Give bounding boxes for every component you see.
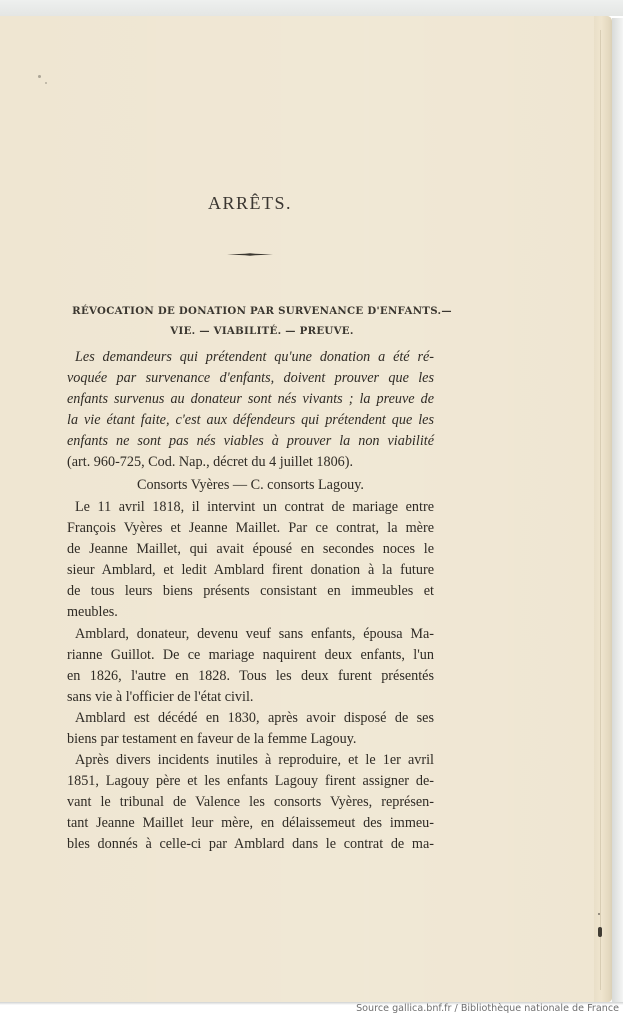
body-line: 1851, Lagouy père et les enfants Lagouy … (67, 771, 434, 791)
case-parties: Consorts Vyères — C. consorts Lagouy. (67, 475, 434, 495)
ornament-rule-icon (227, 253, 273, 256)
body-line: vant le tribunal de Valence les consorts… (67, 792, 434, 812)
page-title: ARRÊTS. (150, 193, 350, 214)
body-line: bles donnés à celle-ci par Amblard dans … (67, 834, 434, 854)
dust-speck (45, 82, 47, 84)
body-line: de tous leurs biens présents consistant … (67, 581, 434, 601)
dust-speck (598, 927, 602, 937)
page-edge-line (600, 30, 601, 990)
body-line: sans vie à l'officier de l'état civil. (67, 687, 434, 707)
summary-line: la vie étant faite, c'est aux défendeurs… (67, 410, 434, 430)
dust-speck (38, 75, 41, 78)
body-line: en 1826, l'autre en 1828. Tous les deux … (67, 666, 434, 686)
dust-speck (598, 913, 600, 915)
body-line: tant Jeanne Maillet leur mère, en délais… (67, 813, 434, 833)
summary-line: voquée par survenance d'enfants, doivent… (67, 368, 434, 388)
body-line: Amblard est décédé en 1830, après avoir … (75, 708, 434, 728)
body-line: rianne Guillot. De ce mariage naquirent … (67, 645, 434, 665)
page-stack-edge (594, 16, 612, 1002)
body-line: François Vyères et Jeanne Maillet. Par c… (67, 518, 434, 538)
legal-citation: (art. 960-725, Cod. Nap., décret du 4 ju… (67, 452, 434, 472)
body-line: sieur Amblard, et ledit Amblard firent d… (67, 560, 434, 580)
body-line: Amblard, donateur, devenu veuf sans enfa… (75, 624, 434, 644)
scan-top-margin (0, 0, 623, 16)
body-line: meubles. (67, 602, 434, 622)
body-line: Le 11 avril 1818, il intervint un contra… (75, 497, 434, 517)
summary-line: Les demandeurs qui prétendent qu'une don… (75, 347, 434, 367)
source-attribution: Source gallica.bnf.fr / Bibliothèque nat… (356, 1003, 619, 1014)
section-heading-line-2: VIE. — VIABILITÉ. — PREUVE. (62, 325, 462, 337)
summary-line: enfants ne sont pas nés viables à prouve… (67, 431, 434, 451)
summary-line: enfants survenus au donateur sont nés vi… (67, 389, 434, 409)
body-line: de Jeanne Maillet, qui avait épousé en s… (67, 539, 434, 559)
section-heading-line-1: RÉVOCATION DE DONATION PAR SURVENANCE D'… (62, 305, 462, 317)
body-line: Après divers incidents inutiles à reprod… (75, 750, 434, 770)
scan-right-margin (612, 18, 623, 1002)
body-line: biens par testament en faveur de la femm… (67, 729, 434, 749)
